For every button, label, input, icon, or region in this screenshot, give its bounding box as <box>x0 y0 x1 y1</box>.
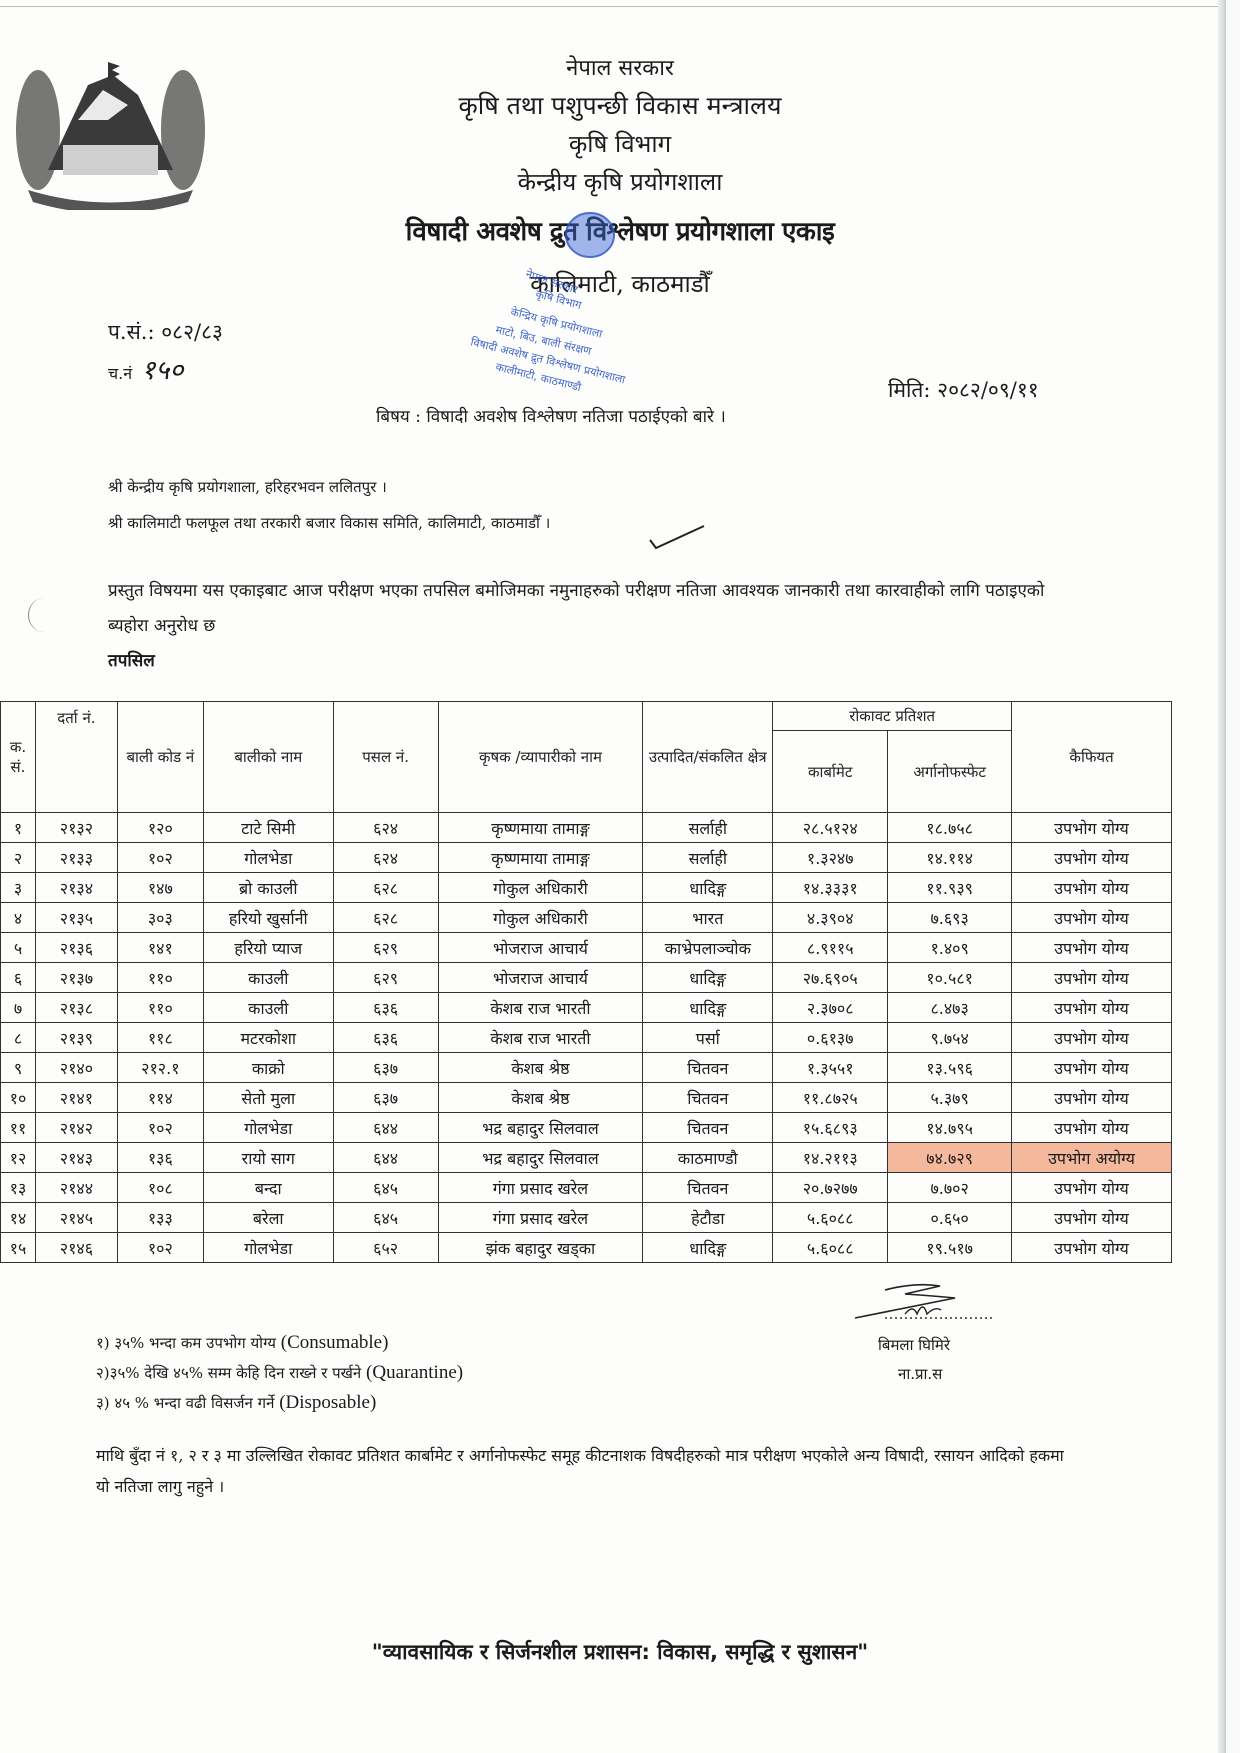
cell-sn: ८ <box>1 1023 36 1053</box>
col-header-organophosphate: अर्गानोफस्फेट <box>888 731 1012 813</box>
col-header-crop-code: बाली कोड नं <box>117 702 203 813</box>
details-heading: तपसिल <box>108 648 155 671</box>
cell-sn: १३ <box>1 1173 36 1203</box>
col-header-carbamate: कार्बामेट <box>773 731 888 813</box>
cell-carbamate: १.३२४७ <box>773 843 888 873</box>
cell-crop-name: काउली <box>203 963 333 993</box>
cell-carbamate: २०.७२७७ <box>773 1173 888 1203</box>
cell-crop-code: ३०३ <box>117 903 203 933</box>
cell-remarks: उपभोग योग्य <box>1012 963 1172 993</box>
cn-label: च.नं <box>108 364 132 383</box>
cell-sn: ६ <box>1 963 36 993</box>
cell-darta: २१४३ <box>35 1143 117 1173</box>
cell-crop-name: सेतो मुला <box>203 1083 333 1113</box>
cell-sn: ५ <box>1 933 36 963</box>
cell-darta: २१४४ <box>35 1173 117 1203</box>
results-table: क. सं. दर्ता नं. बाली कोड नं बालीको नाम … <box>0 701 1172 1263</box>
cell-crop-code: १३३ <box>117 1203 203 1233</box>
note-quarantine: २)३५% देखि ४५% सम्म केहि दिन राख्ने र पर… <box>96 1358 463 1388</box>
cell-carbamate: ५.६०८८ <box>773 1233 888 1263</box>
cell-origin: चितवन <box>643 1053 773 1083</box>
cell-farmer: कृष्णमाया तामाङ्ग <box>438 843 643 873</box>
cell-remarks: उपभोग योग्य <box>1012 903 1172 933</box>
col-header-farmer: कृषक /व्यापारीको नाम <box>438 702 643 813</box>
cell-carbamate: ५.६०८८ <box>773 1203 888 1233</box>
table-row: १५२१४६१०२गोलभेडा६५२झंक बहादुर खड्काधादिङ… <box>1 1233 1172 1263</box>
cell-darta: २१४६ <box>35 1233 117 1263</box>
cell-pasal: ६२९ <box>333 963 438 993</box>
cell-remarks: उपभोग योग्य <box>1012 1053 1172 1083</box>
cell-darta: २१३७ <box>35 963 117 993</box>
cell-crop-code: १४७ <box>117 873 203 903</box>
cell-origin: चितवन <box>643 1113 773 1143</box>
cell-darta: २१३३ <box>35 843 117 873</box>
cell-origin: धादिङ्ग <box>643 963 773 993</box>
cell-remarks: उपभोग अयोग्य <box>1012 1143 1172 1173</box>
ps-label: प.सं.: <box>108 320 155 344</box>
cell-sn: १५ <box>1 1233 36 1263</box>
note-disposable: ३) ४५ % भन्दा वढी विसर्जन गर्ने (Disposa… <box>96 1388 463 1418</box>
table-row: ९२१४०२१२.१काक्रो६३७केशब श्रेष्ठचितवन१.३५… <box>1 1053 1172 1083</box>
classification-notes: १) ३५% भन्दा कम उपभोग योग्य (Consumable)… <box>96 1328 463 1418</box>
cell-crop-name: काउली <box>203 993 333 1023</box>
cell-carbamate: ११.८७२५ <box>773 1083 888 1113</box>
cell-origin: पर्सा <box>643 1023 773 1053</box>
cell-darta: २१४० <box>35 1053 117 1083</box>
cell-farmer: भोजराज आचार्य <box>438 933 643 963</box>
signatory-name: बिमला घिमिरे <box>878 1335 950 1355</box>
cell-remarks: उपभोग योग्य <box>1012 1173 1172 1203</box>
ps-value: ०८२/८३ <box>161 320 223 344</box>
cell-farmer: गंगा प्रसाद खरेल <box>438 1203 643 1233</box>
cell-remarks: उपभोग योग्य <box>1012 843 1172 873</box>
table-row: १०२१४१११४सेतो मुला६३७केशब श्रेष्ठचितवन११… <box>1 1083 1172 1113</box>
table-row: ४२१३५३०३हरियो खुर्सानी६२८गोकुल अधिकारीभा… <box>1 903 1172 933</box>
body-paragraph: प्रस्तुत विषयमा यस एकाइबाट आज परीक्षण भए… <box>108 574 1068 644</box>
cell-darta: २१३९ <box>35 1023 117 1053</box>
cell-organophosphate: १४.७९५ <box>888 1113 1012 1143</box>
cell-remarks: उपभोग योग्य <box>1012 993 1172 1023</box>
cell-pasal: ६४५ <box>333 1173 438 1203</box>
cell-pasal: ६३७ <box>333 1083 438 1113</box>
cell-remarks: उपभोग योग्य <box>1012 933 1172 963</box>
cell-pasal: ६४४ <box>333 1113 438 1143</box>
cell-origin: धादिङ्ग <box>643 993 773 1023</box>
cell-pasal: ६५२ <box>333 1233 438 1263</box>
cell-farmer: कृष्णमाया तामाङ्ग <box>438 813 643 843</box>
cell-origin: धादिङ्ग <box>643 873 773 903</box>
table-row: ६२१३७११०काउली६२९भोजराज आचार्यधादिङ्ग२७.६… <box>1 963 1172 993</box>
cell-sn: १२ <box>1 1143 36 1173</box>
table-row: ८२१३९११८मटरकोशा६३६केशब राज भारतीपर्सा०.६… <box>1 1023 1172 1053</box>
table-row: ७२१३८११०काउली६३६केशब राज भारतीधादिङ्ग२.३… <box>1 993 1172 1023</box>
cell-crop-name: गोलभेडा <box>203 843 333 873</box>
cell-carbamate: २.३७०८ <box>773 993 888 1023</box>
cell-crop-code: ११८ <box>117 1023 203 1053</box>
cell-crop-name: गोलभेडा <box>203 1113 333 1143</box>
cell-organophosphate: १३.५९६ <box>888 1053 1012 1083</box>
scan-top-edge <box>0 6 1240 7</box>
cell-farmer: भद्र बहादुर सिलवाल <box>438 1143 643 1173</box>
cell-carbamate: २८.५१२४ <box>773 813 888 843</box>
col-header-darta: दर्ता नं. <box>35 702 117 813</box>
recipient-1: श्री केन्द्रीय कृषि प्रयोगशाला, हरिहरभवन… <box>108 477 387 497</box>
cell-crop-name: काक्रो <box>203 1053 333 1083</box>
cell-pasal: ६२८ <box>333 903 438 933</box>
cell-origin: सर्लाही <box>643 843 773 873</box>
cell-crop-code: २१२.१ <box>117 1053 203 1083</box>
cell-sn: ३ <box>1 873 36 903</box>
cell-pasal: ६२९ <box>333 933 438 963</box>
cell-farmer: केशब राज भारती <box>438 1023 643 1053</box>
signatory-post: ना.प्रा.स <box>898 1364 942 1384</box>
date-label: मिति: <box>888 378 930 402</box>
signature-icon <box>845 1280 1035 1322</box>
cell-carbamate: १४.३३३१ <box>773 873 888 903</box>
cell-carbamate: ८.९११५ <box>773 933 888 963</box>
scan-right-edge <box>1218 0 1226 1753</box>
cell-crop-code: १०८ <box>117 1173 203 1203</box>
cell-darta: २१३८ <box>35 993 117 1023</box>
table-row: ११२१४२१०२गोलभेडा६४४भद्र बहादुर सिलवालचित… <box>1 1113 1172 1143</box>
cell-organophosphate: १९.५१७ <box>888 1233 1012 1263</box>
cell-remarks: उपभोग योग्य <box>1012 1023 1172 1053</box>
cell-organophosphate: ९.७५४ <box>888 1023 1012 1053</box>
note-consumable: १) ३५% भन्दा कम उपभोग योग्य (Consumable) <box>96 1328 463 1358</box>
cell-crop-name: बन्दा <box>203 1173 333 1203</box>
cell-darta: २१४२ <box>35 1113 117 1143</box>
cell-carbamate: १५.६८९३ <box>773 1113 888 1143</box>
cell-organophosphate: ०.६५० <box>888 1203 1012 1233</box>
cell-crop-code: १३६ <box>117 1143 203 1173</box>
table-row: १३२१४४१०८बन्दा६४५गंगा प्रसाद खरेलचितवन२०… <box>1 1173 1172 1203</box>
cell-crop-name: बरेला <box>203 1203 333 1233</box>
cell-origin: चितवन <box>643 1173 773 1203</box>
cell-origin: भारत <box>643 903 773 933</box>
col-header-origin: उत्पादित/संकलित क्षेत्र <box>643 702 773 813</box>
table-row: २२१३३१०२गोलभेडा६२४कृष्णमाया तामाङ्गसर्ला… <box>1 843 1172 873</box>
cell-remarks: उपभोग योग्य <box>1012 813 1172 843</box>
letterhead-ministry: कृषि तथा पशुपन्छी विकास मन्त्रालय <box>0 88 1240 122</box>
cell-crop-code: ११० <box>117 963 203 993</box>
table-row: १४२१४५१३३बरेला६४५गंगा प्रसाद खरेलहेटौडा५… <box>1 1203 1172 1233</box>
cell-crop-code: १२० <box>117 813 203 843</box>
cell-remarks: उपभोग योग्य <box>1012 873 1172 903</box>
cell-organophosphate: ५.३७९ <box>888 1083 1012 1113</box>
cell-organophosphate: ७४.७२९ <box>888 1143 1012 1173</box>
cell-remarks: उपभोग योग्य <box>1012 1233 1172 1263</box>
cell-sn: ९ <box>1 1053 36 1083</box>
cell-organophosphate: १४.११४ <box>888 843 1012 873</box>
cell-farmer: केशब श्रेष्ठ <box>438 1053 643 1083</box>
cell-pasal: ६३६ <box>333 993 438 1023</box>
cell-pasal: ६२८ <box>333 873 438 903</box>
subject-line: बिषय : विषादी अवशेष विश्लेषण नतिजा पठाईए… <box>376 404 726 427</box>
cell-sn: ४ <box>1 903 36 933</box>
cell-organophosphate: ७.७०२ <box>888 1173 1012 1203</box>
col-header-sn: क. सं. <box>1 702 36 813</box>
cell-carbamate: ४.३९०४ <box>773 903 888 933</box>
letterhead-government: नेपाल सरकार <box>0 52 1240 82</box>
cell-carbamate: ०.६१३७ <box>773 1023 888 1053</box>
cell-crop-name: ब्रो काउली <box>203 873 333 903</box>
cell-remarks: उपभोग योग्य <box>1012 1113 1172 1143</box>
letter-date: मिति: २०८२/०९/११ <box>888 376 1039 404</box>
cell-darta: २१४१ <box>35 1083 117 1113</box>
letterhead-lab: केन्द्रीय कृषि प्रयोगशाला <box>0 165 1240 198</box>
punch-hole-mark <box>28 598 59 632</box>
cell-remarks: उपभोग योग्य <box>1012 1083 1172 1113</box>
office-stamp-icon: नेपाल सरकार कृषि विभाग केन्द्रिय कृषि प्… <box>455 205 685 405</box>
cell-origin: काभ्रेपलाञ्चोक <box>643 933 773 963</box>
motto: "व्यावसायिक र सिर्जनशील प्रशासन: विकास, … <box>0 1638 1240 1666</box>
cell-remarks: उपभोग योग्य <box>1012 1203 1172 1233</box>
letterhead-department: कृषि विभाग <box>0 127 1240 160</box>
cell-crop-name: गोलभेडा <box>203 1233 333 1263</box>
reference-number: प.सं.: ०८२/८३ <box>108 318 223 346</box>
cell-organophosphate: १.४०९ <box>888 933 1012 963</box>
cell-crop-code: १०२ <box>117 1113 203 1143</box>
cell-pasal: ६३६ <box>333 1023 438 1053</box>
cell-darta: २१३२ <box>35 813 117 843</box>
cell-organophosphate: ११.९३९ <box>888 873 1012 903</box>
cell-farmer: भोजराज आचार्य <box>438 963 643 993</box>
cell-darta: २१३६ <box>35 933 117 963</box>
cell-origin: चितवन <box>643 1083 773 1113</box>
cell-farmer: गोकुल अधिकारी <box>438 903 643 933</box>
table-row: १२१३२१२०टाटे सिमी६२४कृष्णमाया तामाङ्गसर्… <box>1 813 1172 843</box>
cell-sn: १४ <box>1 1203 36 1233</box>
tick-mark-icon <box>648 522 708 552</box>
cell-sn: ७ <box>1 993 36 1023</box>
cell-organophosphate: ८.४७३ <box>888 993 1012 1023</box>
cell-carbamate: २७.६९०५ <box>773 963 888 993</box>
cell-sn: ११ <box>1 1113 36 1143</box>
cell-origin: धादिङ्ग <box>643 1233 773 1263</box>
cell-origin: काठमाण्डौ <box>643 1143 773 1173</box>
cell-pasal: ६२४ <box>333 843 438 873</box>
dispatch-number: च.नं १५० <box>108 350 183 387</box>
cell-pasal: ६२४ <box>333 813 438 843</box>
cell-organophosphate: ७.६९३ <box>888 903 1012 933</box>
cell-darta: २१३४ <box>35 873 117 903</box>
cell-organophosphate: १८.७५८ <box>888 813 1012 843</box>
date-value: २०८२/०९/११ <box>937 378 1039 402</box>
table-row: ३२१३४१४७ब्रो काउली६२८गोकुल अधिकारीधादिङ्… <box>1 873 1172 903</box>
cell-crop-name: रायो साग <box>203 1143 333 1173</box>
table-row: ५२१३६१४१हरियो प्याज६२९भोजराज आचार्यकाभ्र… <box>1 933 1172 963</box>
cell-darta: २१४५ <box>35 1203 117 1233</box>
cell-sn: २ <box>1 843 36 873</box>
cell-farmer: गोकुल अधिकारी <box>438 873 643 903</box>
cell-farmer: केशब श्रेष्ठ <box>438 1083 643 1113</box>
cell-pasal: ६४४ <box>333 1143 438 1173</box>
cell-farmer: भद्र बहादुर सिलवाल <box>438 1113 643 1143</box>
col-header-remarks: कैफियत <box>1012 702 1172 813</box>
cell-pasal: ६४५ <box>333 1203 438 1233</box>
cell-farmer: गंगा प्रसाद खरेल <box>438 1173 643 1203</box>
cn-value: १५० <box>141 355 183 386</box>
cell-crop-code: १०२ <box>117 1233 203 1263</box>
col-header-pasal: पसल नं. <box>333 702 438 813</box>
cell-crop-code: ११४ <box>117 1083 203 1113</box>
cell-carbamate: १.३५५१ <box>773 1053 888 1083</box>
cell-carbamate: १४.२११३ <box>773 1143 888 1173</box>
scan-margin <box>1226 0 1240 1753</box>
cell-crop-name: टाटे सिमी <box>203 813 333 843</box>
cell-crop-name: हरियो खुर्सानी <box>203 903 333 933</box>
footnote: माथि बुँदा नं १, २ र ३ मा उल्लिखित रोकाव… <box>96 1440 1076 1502</box>
cell-sn: १० <box>1 1083 36 1113</box>
recipient-2: श्री कालिमाटी फलफूल तथा तरकारी बजार विका… <box>108 513 550 533</box>
cell-farmer: झंक बहादुर खड्का <box>438 1233 643 1263</box>
col-header-inhibition: रोकावट प्रतिशत <box>773 702 1012 731</box>
cell-pasal: ६३७ <box>333 1053 438 1083</box>
cell-origin: सर्लाही <box>643 813 773 843</box>
col-header-crop-name: बालीको नाम <box>203 702 333 813</box>
cell-crop-code: ११० <box>117 993 203 1023</box>
cell-crop-name: हरियो प्याज <box>203 933 333 963</box>
cell-farmer: केशब राज भारती <box>438 993 643 1023</box>
cell-crop-name: मटरकोशा <box>203 1023 333 1053</box>
cell-crop-code: १४१ <box>117 933 203 963</box>
cell-organophosphate: १०.५८१ <box>888 963 1012 993</box>
cell-sn: १ <box>1 813 36 843</box>
cell-origin: हेटौडा <box>643 1203 773 1233</box>
cell-crop-code: १०२ <box>117 843 203 873</box>
table-row: १२२१४३१३६रायो साग६४४भद्र बहादुर सिलवालका… <box>1 1143 1172 1173</box>
cell-darta: २१३५ <box>35 903 117 933</box>
